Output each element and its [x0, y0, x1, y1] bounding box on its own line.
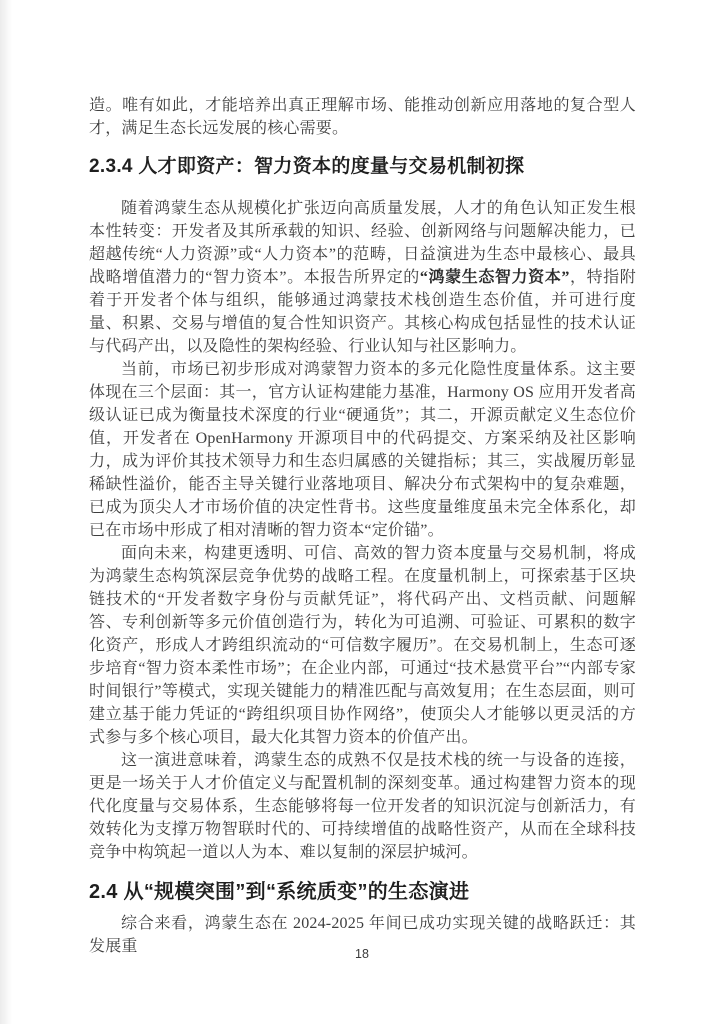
- document-page: 造。唯有如此，才能培养出真正理解市场、能推动创新应用落地的复合型人才，满足生态长…: [0, 0, 724, 1024]
- section-2-3-4-paragraph-4: 这一演进意味着，鸿蒙生态的成熟不仅是技术栈的统一与设备的连接，更是一场关于人才价…: [89, 749, 636, 864]
- section-2-3-4-paragraph-1: 随着鸿蒙生态从规模化扩张迈向高质量发展，人才的角色认知正发生根本性转变：开发者及…: [89, 197, 636, 358]
- continuation-paragraph: 造。唯有如此，才能培养出真正理解市场、能推动创新应用落地的复合型人才，满足生态长…: [89, 94, 636, 140]
- section-2-3-4-paragraph-3: 面向未来，构建更透明、可信、高效的智力资本度量与交易机制，将成为鸿蒙生态构筑深层…: [89, 542, 636, 749]
- section-2-3-4-paragraph-2: 当前，市场已初步形成对鸿蒙智力资本的多元化隐性度量体系。这主要体现在三个层面：其…: [89, 358, 636, 542]
- page-content: 造。唯有如此，才能培养出真正理解市场、能推动创新应用落地的复合型人才，满足生态长…: [89, 94, 636, 958]
- bold-term-hongmeng-intellectual-capital: “鸿蒙生态智力资本”: [420, 269, 570, 286]
- section-2-4-heading: 2.4 从“规模突围”到“系统质变”的生态演进: [89, 878, 636, 906]
- section-2-3-4-heading: 2.3.4 人才即资产：智力资本的度量与交易机制初探: [89, 154, 636, 180]
- page-number: 18: [0, 947, 724, 961]
